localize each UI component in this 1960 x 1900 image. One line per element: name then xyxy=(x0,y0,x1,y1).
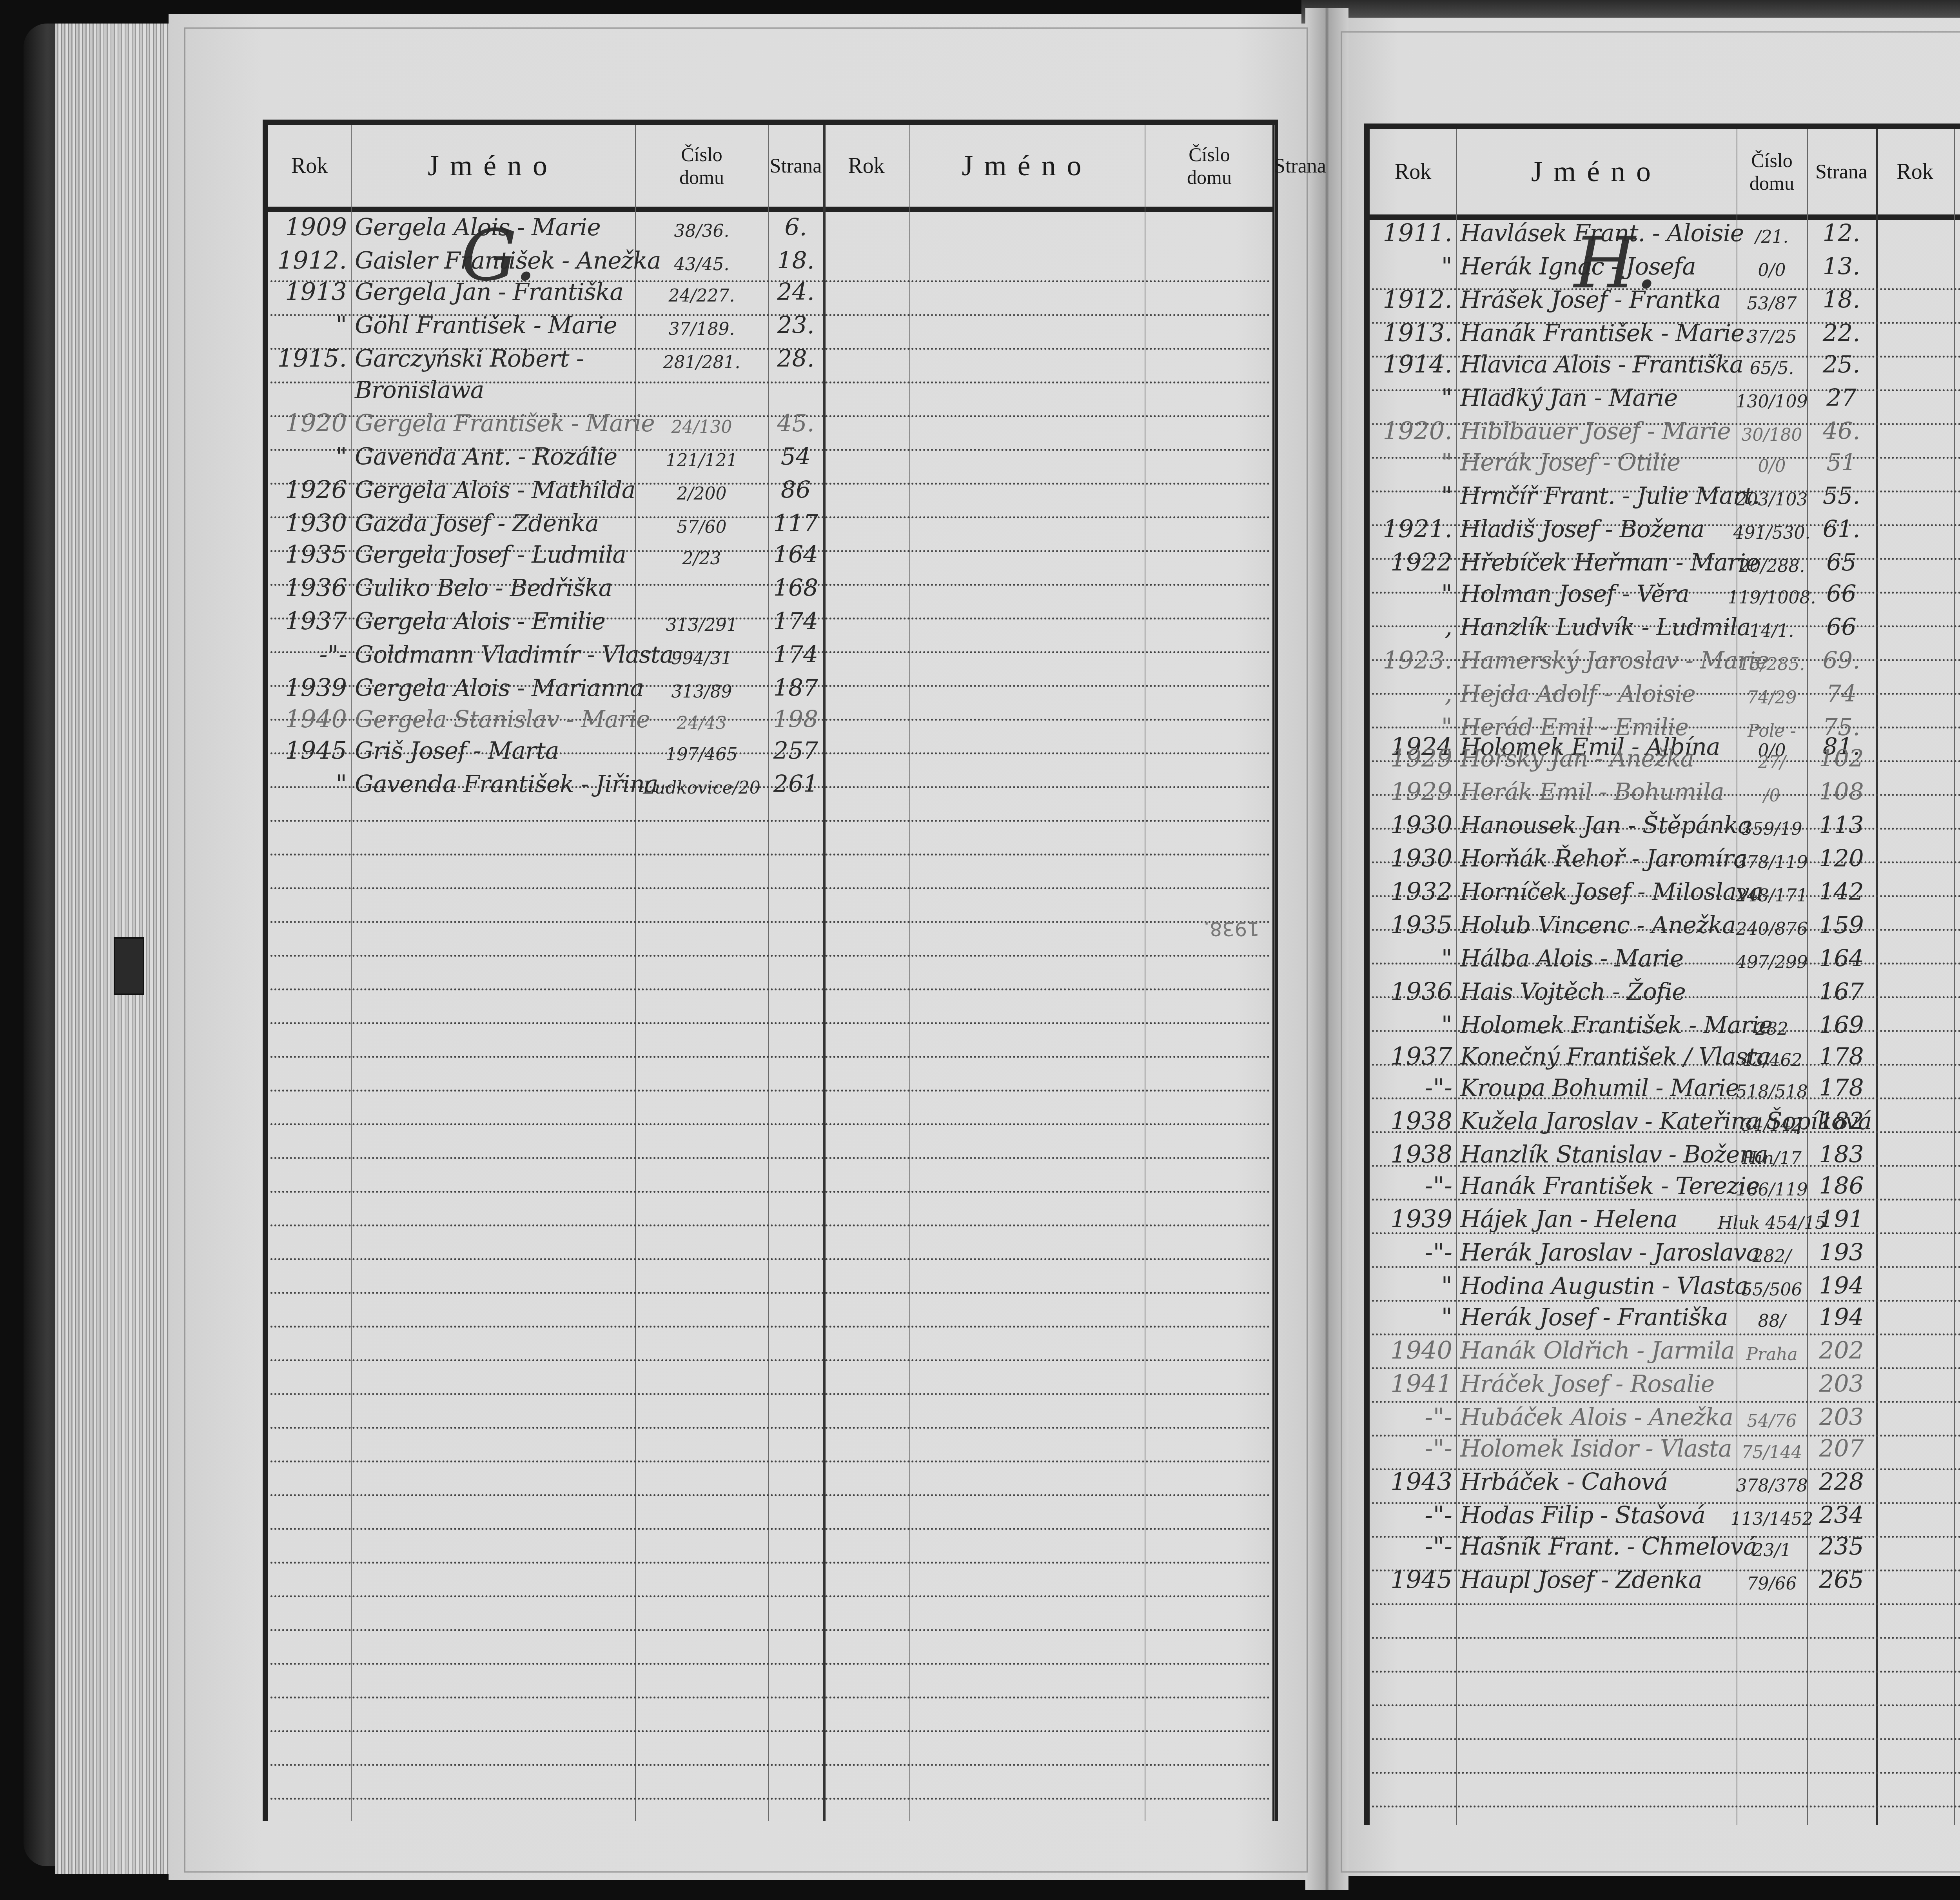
cell-cislo-domu xyxy=(1740,1368,1803,1398)
cell-cislo-domu: 119/1008. xyxy=(1740,578,1803,608)
header-cislo: Číslodomu xyxy=(635,125,768,207)
header-strana: Strana xyxy=(1274,125,1326,207)
ruled-line xyxy=(270,1629,1270,1631)
cell-jmeno: Herák Emil - Bohumila xyxy=(1460,776,1733,806)
cell-jmeno: Bronislawa xyxy=(355,374,631,404)
cell-cislo-domu: 37/25 xyxy=(1740,317,1803,347)
table-row[interactable]: -"-Herák Jaroslav - Jaroslava282/193 xyxy=(1364,1237,1876,1266)
top-rule xyxy=(1364,124,1960,129)
ruled-line xyxy=(270,1663,1270,1665)
cell-rok: -"- xyxy=(1374,1401,1452,1431)
table-row[interactable]: 1909Gergela Alois - Marie38/36.6. xyxy=(263,211,823,241)
cell-rok: 1930 xyxy=(1374,843,1452,872)
table-row[interactable]: 1921.Hladiš Josef - Božena491/530.61. xyxy=(1364,513,1876,543)
cell-strana: 25. xyxy=(1811,349,1872,378)
table-row[interactable]: 1920.Hiblbauer Josef - Marie30/18046. xyxy=(1364,415,1876,445)
table-row[interactable]: 1938Kužela Jaroslav - Kateřina Šopíková3… xyxy=(1364,1105,1876,1135)
cell-jmeno: Griš Josef - Marta xyxy=(355,735,631,765)
table-row[interactable]: 1914.Hlavica Alois - Františka65/5.25. xyxy=(1364,349,1876,378)
header-strana: Strana xyxy=(1807,129,1876,214)
table-row[interactable]: 1936Guliko Belo - Bedřiška168 xyxy=(263,572,823,602)
cell-rok: 1936 xyxy=(1374,976,1452,1006)
cell-cislo-domu: 497/299 xyxy=(1740,943,1803,972)
table-row[interactable]: "Herák Josef - Františka88/194 xyxy=(1364,1301,1876,1331)
cell-rok: 1923. xyxy=(1374,645,1452,674)
table-row[interactable]: 1937Konečný František / Vlasta43/462178 xyxy=(1364,1041,1876,1070)
cell-cislo-domu: 74/29 xyxy=(1740,678,1803,708)
ruled-line xyxy=(270,1157,1270,1159)
cell-strana: 257 xyxy=(772,735,819,765)
cell-cislo-domu: 518/518 xyxy=(1740,1072,1803,1102)
ruled-line xyxy=(270,921,1270,923)
ruled-line xyxy=(1372,1603,1960,1605)
cell-rok: 1913 xyxy=(272,276,347,306)
ruled-line xyxy=(270,1326,1270,1328)
cell-jmeno: Gergela František - Marie xyxy=(355,407,631,437)
cell-strana: 182 xyxy=(1811,1105,1872,1135)
cell-strana: 207 xyxy=(1811,1433,1872,1462)
cell-cislo-domu: 0/0 xyxy=(1740,251,1803,280)
cell-jmeno: Gergela Josef - Ludmila xyxy=(355,539,631,569)
cell-rok: 1930 xyxy=(272,507,347,537)
cell-cislo-domu: 24/227. xyxy=(639,276,764,306)
table-row[interactable]: "Göhl František - Marie37/189.23. xyxy=(263,309,823,339)
cell-rok: 1911. xyxy=(1374,217,1452,247)
cell-jmeno: Herák Jaroslav - Jaroslava xyxy=(1460,1237,1733,1266)
ruled-line xyxy=(270,1528,1270,1530)
cell-strana: 54 xyxy=(772,441,819,470)
table-row[interactable]: ,Hejda Adolf - Aloisie74/2974 xyxy=(1364,678,1876,708)
cell-strana: 142 xyxy=(1811,876,1872,906)
cell-cislo-domu: 38/36. xyxy=(639,211,764,241)
cell-strana: 24. xyxy=(772,276,819,306)
cell-jmeno: Havlásek Frant. - Aloisie xyxy=(1460,217,1733,247)
ruled-line xyxy=(270,1359,1270,1361)
cell-strana: 228 xyxy=(1811,1466,1872,1496)
cell-rok: " xyxy=(1374,943,1452,972)
cell-cislo-domu xyxy=(639,572,764,602)
cell-cislo-domu: 27/ xyxy=(1740,743,1803,772)
table-row[interactable]: 1932Horníček Josef - Miloslava248/171142 xyxy=(1364,876,1876,906)
cell-jmeno: Hanzlík Stanislav - Božena xyxy=(1460,1139,1733,1168)
column-divider xyxy=(823,125,826,1821)
cell-strana: 113 xyxy=(1811,809,1872,839)
cell-jmeno: Herák Ignác - Josefa xyxy=(1460,251,1733,280)
cell-rok: " xyxy=(1374,1009,1452,1039)
cell-cislo-domu: 491/530. xyxy=(1740,513,1803,543)
cell-strana: 46. xyxy=(1811,415,1872,445)
cell-rok: " xyxy=(1374,1301,1452,1331)
cell-jmeno: Hanzlík Ludvík - Ludmila xyxy=(1460,611,1733,641)
cell-strana: 51 xyxy=(1811,447,1872,476)
ruled-line xyxy=(270,1730,1270,1732)
cell-strana: 74 xyxy=(1811,678,1872,708)
cell-strana: 22. xyxy=(1811,317,1872,347)
table-row[interactable]: 1943Hrbáček - Cahová378/378228 xyxy=(1364,1466,1876,1496)
cell-cislo-domu: 113/1452 xyxy=(1740,1499,1803,1529)
table-row[interactable]: ,Hanzlík Ludvík - Ludmila14/1.66 xyxy=(1364,611,1876,641)
ruled-line xyxy=(270,1562,1270,1564)
header-cislo: Číslodomu xyxy=(1737,129,1807,214)
table-row[interactable]: -"-Hodas Filip - Stašová113/1452234 xyxy=(1364,1499,1876,1529)
pencil-note: 1938. xyxy=(1203,917,1259,940)
ruled-line xyxy=(270,854,1270,856)
table-row[interactable]: 1923.Hamerský Jaroslav - Marie15/285.69. xyxy=(1364,645,1876,674)
cell-cislo-domu: 121/121 xyxy=(639,441,764,470)
table-row[interactable]: 1930Gazda Josef - Zdenka57/60117 xyxy=(263,507,823,537)
ruled-line xyxy=(270,1697,1270,1698)
column-divider xyxy=(909,125,910,1821)
cell-jmeno: Hodina Augustin - Vlasta xyxy=(1460,1270,1733,1300)
table-row[interactable]: "Hálba Alois - Marie497/299164 xyxy=(1364,943,1876,972)
cell-jmeno: Gazda Josef - Zdenka xyxy=(355,507,631,537)
cell-strana: 191 xyxy=(1811,1203,1872,1233)
cell-cislo-domu: 24/43 xyxy=(639,703,764,733)
cell-rok: 1937 xyxy=(272,605,347,635)
ruled-line xyxy=(270,1292,1270,1294)
cell-cislo-domu: Ludkovice/20 xyxy=(639,768,764,798)
table-row[interactable]: 1937Gergela Alois - Emilie313/291174 xyxy=(263,605,823,635)
ruled-line xyxy=(270,1191,1270,1193)
cell-jmeno: Gavenda Ant. - Rozálie xyxy=(355,441,631,470)
table-row[interactable]: 1930Horňák Řehoř - Jaromíra378/119120 xyxy=(1364,843,1876,872)
table-row[interactable]: 1913Gergela Jan - Františka24/227.24. xyxy=(263,276,823,306)
cell-strana: 6. xyxy=(772,211,819,241)
table-row[interactable]: -"-Hašník Frant. - Chmelová23/1235 xyxy=(1364,1531,1876,1560)
cell-cislo-domu: 57/60 xyxy=(639,507,764,537)
table-row[interactable]: 1930Hanousek Jan - Štěpánka359/19113 xyxy=(1364,809,1876,839)
ruled-line xyxy=(270,955,1270,957)
cell-jmeno: Guliko Belo - Bedřiška xyxy=(355,572,631,602)
cell-strana: 168 xyxy=(772,572,819,602)
cell-cislo-domu: 23/1 xyxy=(1740,1531,1803,1560)
table-row[interactable]: 1915.Garczyński Robert -281/281.28. xyxy=(263,343,823,372)
ruled-line xyxy=(270,1460,1270,1462)
table-row[interactable]: "Hladký Jan - Marie130/10927 xyxy=(1364,382,1876,412)
cell-jmeno: Horňák Řehoř - Jaromíra xyxy=(1460,843,1733,872)
ruled-line xyxy=(270,1393,1270,1395)
cell-cislo-domu: 378/378 xyxy=(1740,1466,1803,1496)
table-row[interactable]: "Holman Josef - Věra119/1008.66 xyxy=(1364,578,1876,608)
cell-cislo-domu: 43/45. xyxy=(639,245,764,274)
ruled-line xyxy=(1372,1806,1960,1807)
cell-rok: 1912. xyxy=(1374,284,1452,314)
cell-cislo-domu: 14/1. xyxy=(1740,611,1803,641)
cell-jmeno: Holomek Isidor - Vlasta xyxy=(1460,1433,1733,1462)
cell-rok: , xyxy=(1374,611,1452,641)
header-jmeno: Jméno xyxy=(1456,129,1737,214)
cell-cislo-domu: 313/89 xyxy=(639,672,764,702)
cell-strana: 186 xyxy=(1811,1170,1872,1200)
cell-cislo-domu: 15/285. xyxy=(1740,645,1803,674)
table-row[interactable]: 1929Herák Emil - Bohumila/0108 xyxy=(1364,776,1876,806)
cell-rok: 1912. xyxy=(272,245,347,274)
table-row[interactable]: 1941Hráček Josef - Rosalie203 xyxy=(1364,1368,1876,1398)
table-row[interactable]: Bronislawa xyxy=(263,374,823,404)
table-row[interactable]: "Gavenda František - JiřinaLudkovice/202… xyxy=(263,768,823,798)
cell-jmeno: Hanák Oldřich - Jarmila xyxy=(1460,1335,1733,1364)
cell-strana: 261 xyxy=(772,768,819,798)
cell-strana: 187 xyxy=(772,672,819,702)
cell-cislo-domu: 197/465 xyxy=(639,735,764,765)
table-row[interactable]: 1936Hais Vojtěch - Žofie167 xyxy=(1364,976,1876,1006)
cell-cislo-domu: 37/189. xyxy=(639,309,764,339)
cell-strana: 86 xyxy=(772,474,819,504)
table-row[interactable]: -"-Holomek Isidor - Vlasta75/144207 xyxy=(1364,1433,1876,1462)
cell-jmeno: Holman Josef - Věra xyxy=(1460,578,1733,608)
cell-strana: 265 xyxy=(1811,1564,1872,1594)
cell-cislo-domu: 313/291 xyxy=(639,605,764,635)
cell-strana: 198 xyxy=(772,703,819,733)
cell-jmeno: Hodas Filip - Stašová xyxy=(1460,1499,1733,1529)
cell-rok: 1926 xyxy=(272,474,347,504)
header-rok: Rok xyxy=(268,125,351,207)
table-row[interactable]: 1911.Havlásek Frant. - Aloisie/21.12. xyxy=(1364,217,1876,247)
table-row[interactable]: 1935Holub Vincenc - Anežka240/876159 xyxy=(1364,909,1876,939)
table-row[interactable]: "Hodina Augustin - Vlasta55/506194 xyxy=(1364,1270,1876,1300)
cell-jmeno: Hladiš Josef - Božena xyxy=(1460,513,1733,543)
cell-cislo-domu xyxy=(1740,976,1803,1006)
cell-strana: 183 xyxy=(1811,1139,1872,1168)
cell-jmeno: Hráček Josef - Rosalie xyxy=(1460,1368,1733,1398)
table-row[interactable]: "Hrnčíř Frant. - Julie Mart.203/10355. xyxy=(1364,480,1876,510)
cell-jmeno: Haupl Josef - Zdenka xyxy=(1460,1564,1733,1594)
cell-rok: 1936 xyxy=(272,572,347,602)
header-rok: Rok xyxy=(1876,129,1954,214)
table-row[interactable]: -"-Goldmann Vladimír - Vlasta994/31174 xyxy=(263,639,823,668)
cell-cislo-domu: /21. xyxy=(1740,217,1803,247)
ruled-line xyxy=(270,1224,1270,1226)
cell-strana: 194 xyxy=(1811,1270,1872,1300)
cell-cislo-domu: 282 xyxy=(1740,1009,1803,1039)
cell-cislo-domu: 20/288. xyxy=(1740,547,1803,576)
cell-cislo-domu: 88/ xyxy=(1740,1301,1803,1331)
ruled-line xyxy=(270,1258,1270,1260)
ruled-line xyxy=(270,1056,1270,1058)
cell-rok: " xyxy=(1374,1270,1452,1300)
table-row[interactable]: 1945Griš Josef - Marta197/465257 xyxy=(263,735,823,765)
cell-jmeno: Gergela Alois - Marianna xyxy=(355,672,631,702)
table-row[interactable]: -"-Kroupa Bohumil - Marie518/518178 xyxy=(1364,1072,1876,1102)
header-rok: Rok xyxy=(823,125,909,207)
cell-strana: 174 xyxy=(772,639,819,668)
cell-cislo-domu: Hin/17 xyxy=(1740,1139,1803,1168)
header-jmeno: Jméno xyxy=(909,125,1145,207)
cell-jmeno: Garczyński Robert - xyxy=(355,343,631,372)
cell-cislo-domu: 378/119 xyxy=(1740,843,1803,872)
table-row[interactable]: 1920Gergela František - Marie24/13045. xyxy=(263,407,823,437)
cell-cislo-domu xyxy=(639,374,764,404)
cell-jmeno: Holomek František - Marie xyxy=(1460,1009,1733,1039)
table-row[interactable]: 1939Gergela Alois - Marianna313/89187 xyxy=(263,672,823,702)
cell-rok: 1938 xyxy=(1374,1139,1452,1168)
cell-cislo-domu: Hluk 454/15 xyxy=(1740,1203,1803,1233)
header-strana: Strana xyxy=(768,125,823,207)
ruled-line xyxy=(270,1123,1270,1125)
header-cislo-line2: domu xyxy=(1187,166,1232,189)
left-register-table: RokJménoČíslodomuStranaRokJménoČíslodomu… xyxy=(263,120,1278,1821)
bookmark-tab[interactable] xyxy=(114,937,144,995)
cell-cislo-domu: 2/200 xyxy=(639,474,764,504)
cell-rok: 1930 xyxy=(1374,809,1452,839)
cell-strana: 169 xyxy=(1811,1009,1872,1039)
header-cislo-line1: Číslo xyxy=(1187,143,1232,166)
cell-jmeno: Hladký Jan - Marie xyxy=(1460,382,1733,412)
cell-jmeno: Goldmann Vladimír - Vlasta xyxy=(355,639,631,668)
table-row[interactable]: "Holomek František - Marie282169 xyxy=(1364,1009,1876,1039)
table-row[interactable]: 1940Gergela Stanislav - Marie24/43198 xyxy=(263,703,823,733)
cell-jmeno: Hájek Jan - Helena xyxy=(1460,1203,1733,1233)
cell-rok: -"- xyxy=(1374,1433,1452,1462)
cell-jmeno: Gergela Alois - Mathilda xyxy=(355,474,631,504)
cell-rok: 1935 xyxy=(1374,909,1452,939)
ruled-line xyxy=(270,1764,1270,1766)
table-row[interactable]: -"-Hanák František - Terezie166/119186 xyxy=(1364,1170,1876,1200)
table-row[interactable]: 1935Gergela Josef - Ludmila2/23164 xyxy=(263,539,823,569)
cell-jmeno: Hrnčíř Frant. - Julie Mart. xyxy=(1460,480,1733,510)
cell-jmeno: Hrášek Josef - Frantka xyxy=(1460,284,1733,314)
cell-rok: " xyxy=(1374,251,1452,280)
header-cislo: Číslodomu xyxy=(1145,125,1274,207)
table-row[interactable]: 1938Hanzlík Stanislav - BoženaHin/17183 xyxy=(1364,1139,1876,1168)
cell-rok: 1939 xyxy=(272,672,347,702)
cell-jmeno: Göhl František - Marie xyxy=(355,309,631,339)
header-rok: Rok xyxy=(1370,129,1456,214)
cell-jmeno: Hanák František - Marie. xyxy=(1460,317,1733,347)
cell-rok: 1913. xyxy=(1374,317,1452,347)
cell-jmeno: Gaisler František - Anežka xyxy=(355,245,631,274)
cell-cislo-domu: 79/66 xyxy=(1740,1564,1803,1594)
cell-strana: 193 xyxy=(1811,1237,1872,1266)
cell-strana: 234 xyxy=(1811,1499,1872,1529)
cell-strana: 117 xyxy=(772,507,819,537)
cell-cislo-domu: /0 xyxy=(1740,776,1803,806)
cell-cislo-domu: 30/180 xyxy=(1740,415,1803,445)
table-row[interactable]: 1929Hořský Jan - Anežka27/102 xyxy=(1364,743,1876,772)
cell-strana: 174 xyxy=(772,605,819,635)
cell-rok: 1940 xyxy=(272,703,347,733)
cell-cislo-domu: 75/144 xyxy=(1740,1433,1803,1462)
cell-rok: 1915. xyxy=(272,343,347,372)
cell-jmeno: Hejda Adolf - Aloisie xyxy=(1460,678,1733,708)
cell-strana: 55. xyxy=(1811,480,1872,510)
table-row[interactable]: 1926Gergela Alois - Mathilda2/20086 xyxy=(263,474,823,504)
cell-cislo-domu: 55/506 xyxy=(1740,1270,1803,1300)
header-cislo-line2: domu xyxy=(1749,172,1794,194)
table-row[interactable]: 1939Hájek Jan - HelenaHluk 454/15191 xyxy=(1364,1203,1876,1233)
ruled-line xyxy=(270,1798,1270,1800)
table-row[interactable]: 1940Hanák Oldřich - JarmilaPraha202 xyxy=(1364,1335,1876,1364)
header-cislo-line1: Číslo xyxy=(679,143,724,166)
cell-strana: 120 xyxy=(1811,843,1872,872)
cell-strana: 178 xyxy=(1811,1041,1872,1070)
table-row[interactable]: "Herák Josef - Otilie0/051 xyxy=(1364,447,1876,476)
cell-jmeno: Herák Josef - Otilie xyxy=(1460,447,1733,476)
cell-rok: 1938 xyxy=(1374,1105,1452,1135)
cell-rok: -"- xyxy=(1374,1072,1452,1102)
cell-jmeno: Gavenda František - Jiřina xyxy=(355,768,631,798)
cell-strana: 167 xyxy=(1811,976,1872,1006)
cell-jmeno: Hrbáček - Cahová xyxy=(1460,1466,1733,1496)
cell-strana: 65 xyxy=(1811,547,1872,576)
cell-jmeno: Gergela Alois - Marie xyxy=(355,211,631,241)
cell-strana: 164 xyxy=(1811,943,1872,972)
cell-jmeno: Gergela Alois - Emilie xyxy=(355,605,631,635)
cell-rok: 1939 xyxy=(1374,1203,1452,1233)
ruled-line xyxy=(1372,1772,1960,1774)
cell-rok: 1943 xyxy=(1374,1466,1452,1496)
cell-cislo-domu: 0/0 xyxy=(1740,447,1803,476)
cell-strana: 164 xyxy=(772,539,819,569)
cell-strana: 202 xyxy=(1811,1335,1872,1364)
cell-rok: -"- xyxy=(272,639,347,668)
table-row[interactable]: 1922Hřebíček Heřman - Marie20/288.65 xyxy=(1364,547,1876,576)
table-row[interactable]: 1912.Gaisler František - Anežka43/45.18. xyxy=(263,245,823,274)
ruled-line xyxy=(1372,1637,1960,1639)
cell-cislo-domu: 2/23 xyxy=(639,539,764,569)
ruled-line xyxy=(270,1494,1270,1496)
table-row[interactable]: "Gavenda Ant. - Rozálie121/12154 xyxy=(263,441,823,470)
cell-rok: 1929 xyxy=(1374,776,1452,806)
table-row[interactable]: 1912.Hrášek Josef - Frantka53/8718. xyxy=(1364,284,1876,314)
cell-rok xyxy=(272,374,347,404)
ruled-line xyxy=(1372,1738,1960,1740)
cell-rok: " xyxy=(272,309,347,339)
cell-rok: " xyxy=(1374,578,1452,608)
cell-rok: 1909 xyxy=(272,211,347,241)
ruled-line xyxy=(270,887,1270,889)
header-cislo-line1: Číslo xyxy=(1749,149,1794,172)
cell-cislo-domu: 43/462 xyxy=(1740,1041,1803,1070)
cell-rok: 1922 xyxy=(1374,547,1452,576)
cell-rok: -"- xyxy=(1374,1531,1452,1560)
cell-strana: 178 xyxy=(1811,1072,1872,1102)
cell-cislo-domu: Praha xyxy=(1740,1335,1803,1364)
cell-rok: -"- xyxy=(1374,1499,1452,1529)
cell-jmeno: Hořský Jan - Anežka xyxy=(1460,743,1733,772)
column-divider xyxy=(1145,125,1145,1821)
cell-rok: 1920. xyxy=(1374,415,1452,445)
top-rule xyxy=(263,120,1278,125)
cell-jmeno: Horníček Josef - Miloslava xyxy=(1460,876,1733,906)
cell-jmeno: Kroupa Bohumil - Marie xyxy=(1460,1072,1733,1102)
cell-rok: 1937 xyxy=(1374,1041,1452,1070)
table-row[interactable]: -"-Hubáček Alois - Anežka54/76203 xyxy=(1364,1401,1876,1431)
cell-strana: 18. xyxy=(1811,284,1872,314)
cell-rok: 1941 xyxy=(1374,1368,1452,1398)
cell-cislo-domu: 281/281. xyxy=(639,343,764,372)
cell-strana: 66 xyxy=(1811,578,1872,608)
cell-jmeno: Hiblbauer Josef - Marie xyxy=(1460,415,1733,445)
ruled-line xyxy=(270,820,1270,822)
cell-rok: -"- xyxy=(1374,1170,1452,1200)
cell-cislo-domu: 166/119 xyxy=(1740,1170,1803,1200)
cell-cislo-domu: 203/103 xyxy=(1740,480,1803,510)
cell-rok: 1914. xyxy=(1374,349,1452,378)
cell-jmeno: Hlavica Alois - Františka xyxy=(1460,349,1733,378)
ruled-line xyxy=(270,1595,1270,1597)
cell-strana: 69. xyxy=(1811,645,1872,674)
cell-strana: 235 xyxy=(1811,1531,1872,1560)
cell-strana: 27 xyxy=(1811,382,1872,412)
cell-strana: 203 xyxy=(1811,1401,1872,1431)
cell-jmeno: Gergela Jan - Františka xyxy=(355,276,631,306)
table-row[interactable]: 1913.Hanák František - Marie.37/2522. xyxy=(1364,317,1876,347)
table-row[interactable]: 1945Haupl Josef - Zdenka79/66265 xyxy=(1364,1564,1876,1594)
cell-rok: 1945 xyxy=(1374,1564,1452,1594)
cell-strana: 159 xyxy=(1811,909,1872,939)
table-row[interactable]: "Herák Ignác - Josefa0/013. xyxy=(1364,251,1876,280)
